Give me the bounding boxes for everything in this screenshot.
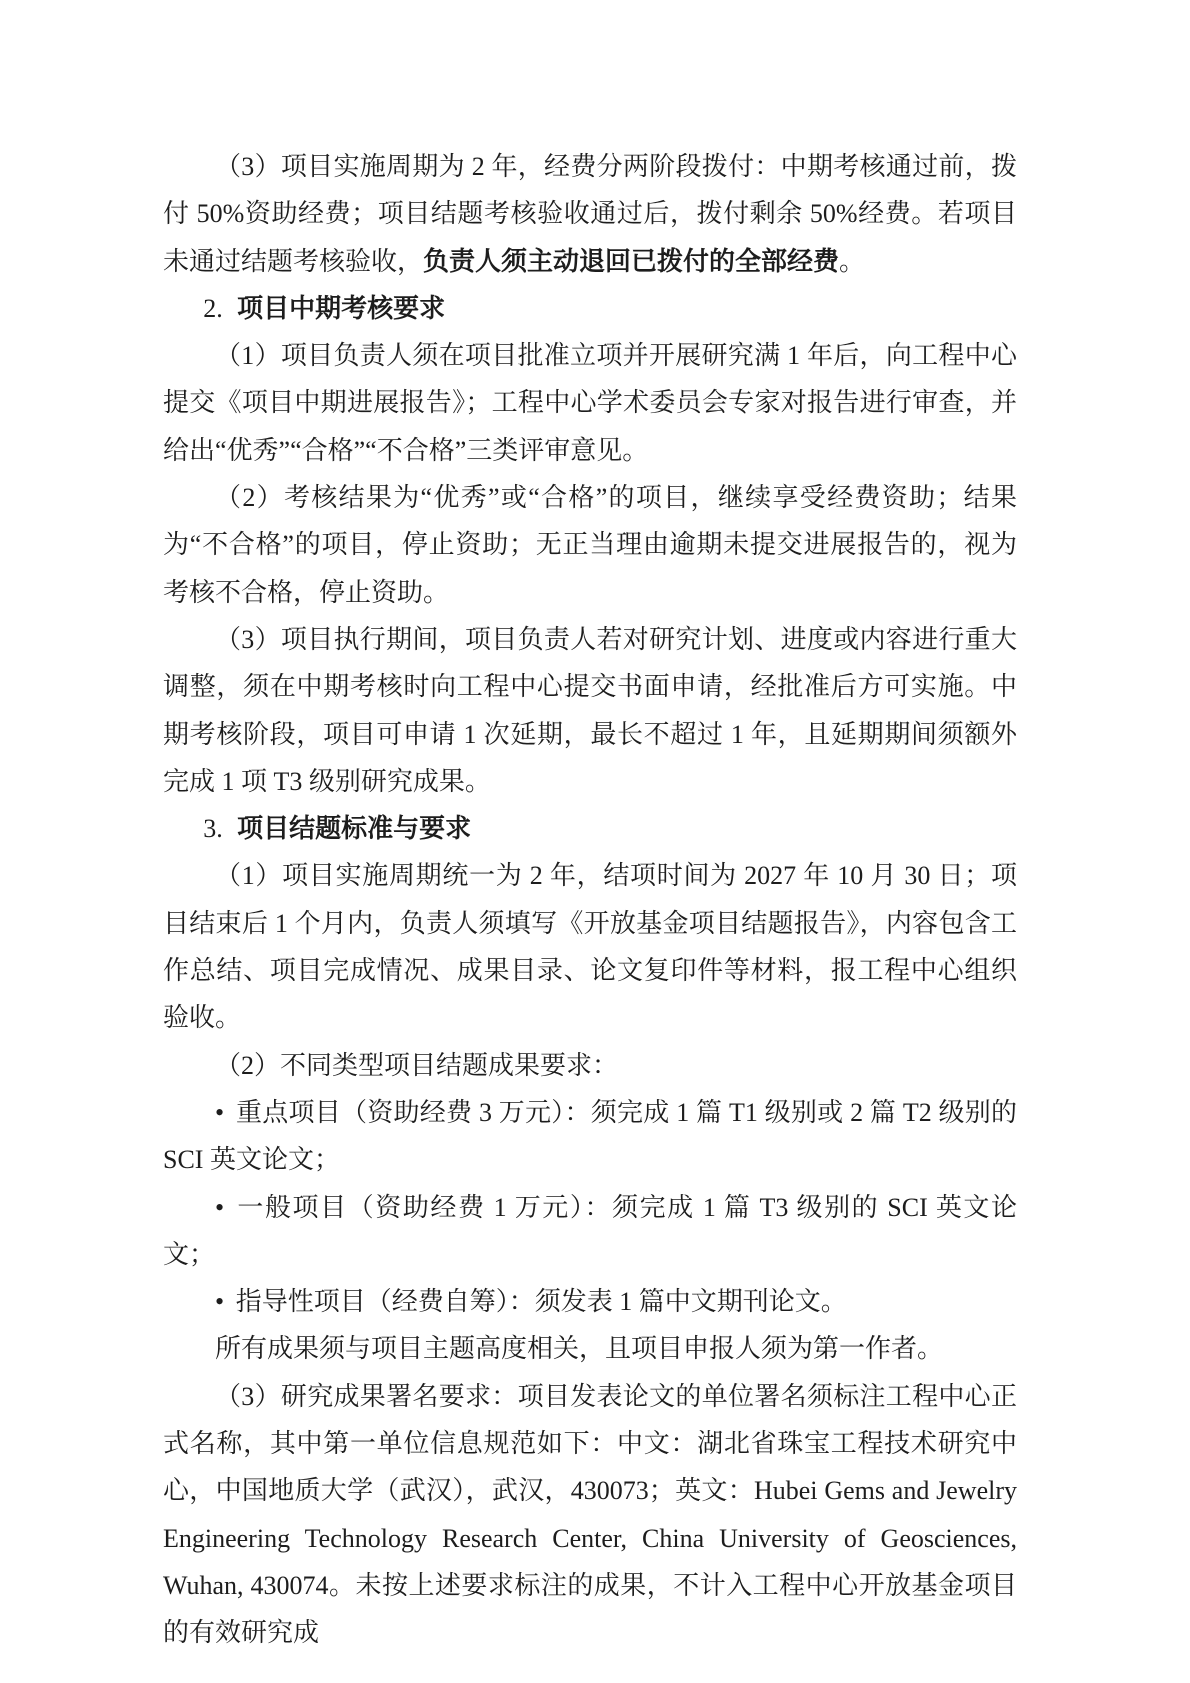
- refund-clause-bold-text: 负责人须主动退回已拨付的全部经费: [423, 246, 839, 276]
- section-heading-completion: 3.项目结题标准与要求: [163, 805, 1017, 852]
- paragraph-completion-requirements-intro: （2）不同类型项目结题成果要求：: [163, 1042, 1017, 1089]
- paragraph-first-author-rule: 所有成果须与项目主题高度相关，且项目申报人须为第一作者。: [163, 1325, 1017, 1372]
- paragraph-midterm-report: （1）项目负责人须在项目批准立项并开展研究满 1 年后，向工程中心提交《项目中期…: [163, 332, 1017, 474]
- affiliation-rule-text: （3）研究成果署名要求：项目发表论文的单位署名须标注工程中心正式名称，其中第一单…: [163, 1382, 1017, 1647]
- first-author-rule-text: 所有成果须与项目主题高度相关，且项目申报人须为第一作者。: [215, 1334, 943, 1363]
- bullet-icon: •: [215, 1193, 224, 1222]
- bullet-general-project-text: 一般项目（资助经费 1 万元）：须完成 1 篇 T3 级别的 SCI 英文论文；: [163, 1193, 1017, 1269]
- funding-schedule-period: 。: [839, 247, 865, 276]
- paragraph-funding-schedule: （3）项目实施周期为 2 年，经费分两阶段拨付：中期考核通过前，拨付 50%资助…: [163, 143, 1017, 285]
- paragraph-affiliation-rule: （3）研究成果署名要求：项目发表论文的单位署名须标注工程中心正式名称，其中第一单…: [163, 1373, 1017, 1657]
- paragraph-completion-deadline: （1）项目实施周期统一为 2 年，结项时间为 2027 年 10 月 30 日；…: [163, 852, 1017, 1041]
- section-heading-midterm: 2.项目中期考核要求: [163, 285, 1017, 332]
- midterm-results-text: （2）考核结果为“优秀”或“合格”的项目，继续享受经费资助；结果为“不合格”的项…: [163, 483, 1017, 607]
- bullet-icon: •: [215, 1287, 224, 1316]
- bullet-key-project-text: 重点项目（资助经费 3 万元）：须完成 1 篇 T1 级别或 2 篇 T2 级别…: [163, 1098, 1017, 1174]
- section-title: 项目结题标准与要求: [237, 813, 471, 843]
- bullet-icon: •: [215, 1098, 224, 1127]
- midterm-report-text: （1）项目负责人须在项目批准立项并开展研究满 1 年后，向工程中心提交《项目中期…: [163, 341, 1017, 465]
- bullet-item-general-project: •一般项目（资助经费 1 万元）：须完成 1 篇 T3 级别的 SCI 英文论文…: [163, 1184, 1017, 1279]
- completion-requirements-intro-text: （2）不同类型项目结题成果要求：: [215, 1051, 618, 1080]
- completion-deadline-text: （1）项目实施周期统一为 2 年，结项时间为 2027 年 10 月 30 日；…: [163, 861, 1017, 1032]
- section-number: 2.: [203, 294, 223, 323]
- section-title: 项目中期考核要求: [237, 293, 445, 323]
- document-page: （3）项目实施周期为 2 年，经费分两阶段拨付：中期考核通过前，拨付 50%资助…: [0, 0, 1190, 1683]
- paragraph-midterm-adjustment: （3）项目执行期间，项目负责人若对研究计划、进度或内容进行重大调整，须在中期考核…: [163, 616, 1017, 805]
- bullet-item-guided-project: •指导性项目（经费自筹）：须发表 1 篇中文期刊论文。: [163, 1278, 1017, 1325]
- midterm-adjustment-text: （3）项目执行期间，项目负责人若对研究计划、进度或内容进行重大调整，须在中期考核…: [163, 625, 1017, 796]
- bullet-item-key-project: •重点项目（资助经费 3 万元）：须完成 1 篇 T1 级别或 2 篇 T2 级…: [163, 1089, 1017, 1184]
- section-number: 3.: [203, 814, 223, 843]
- paragraph-midterm-results: （2）考核结果为“优秀”或“合格”的项目，继续享受经费资助；结果为“不合格”的项…: [163, 474, 1017, 616]
- bullet-guided-project-text: 指导性项目（经费自筹）：须发表 1 篇中文期刊论文。: [236, 1287, 847, 1316]
